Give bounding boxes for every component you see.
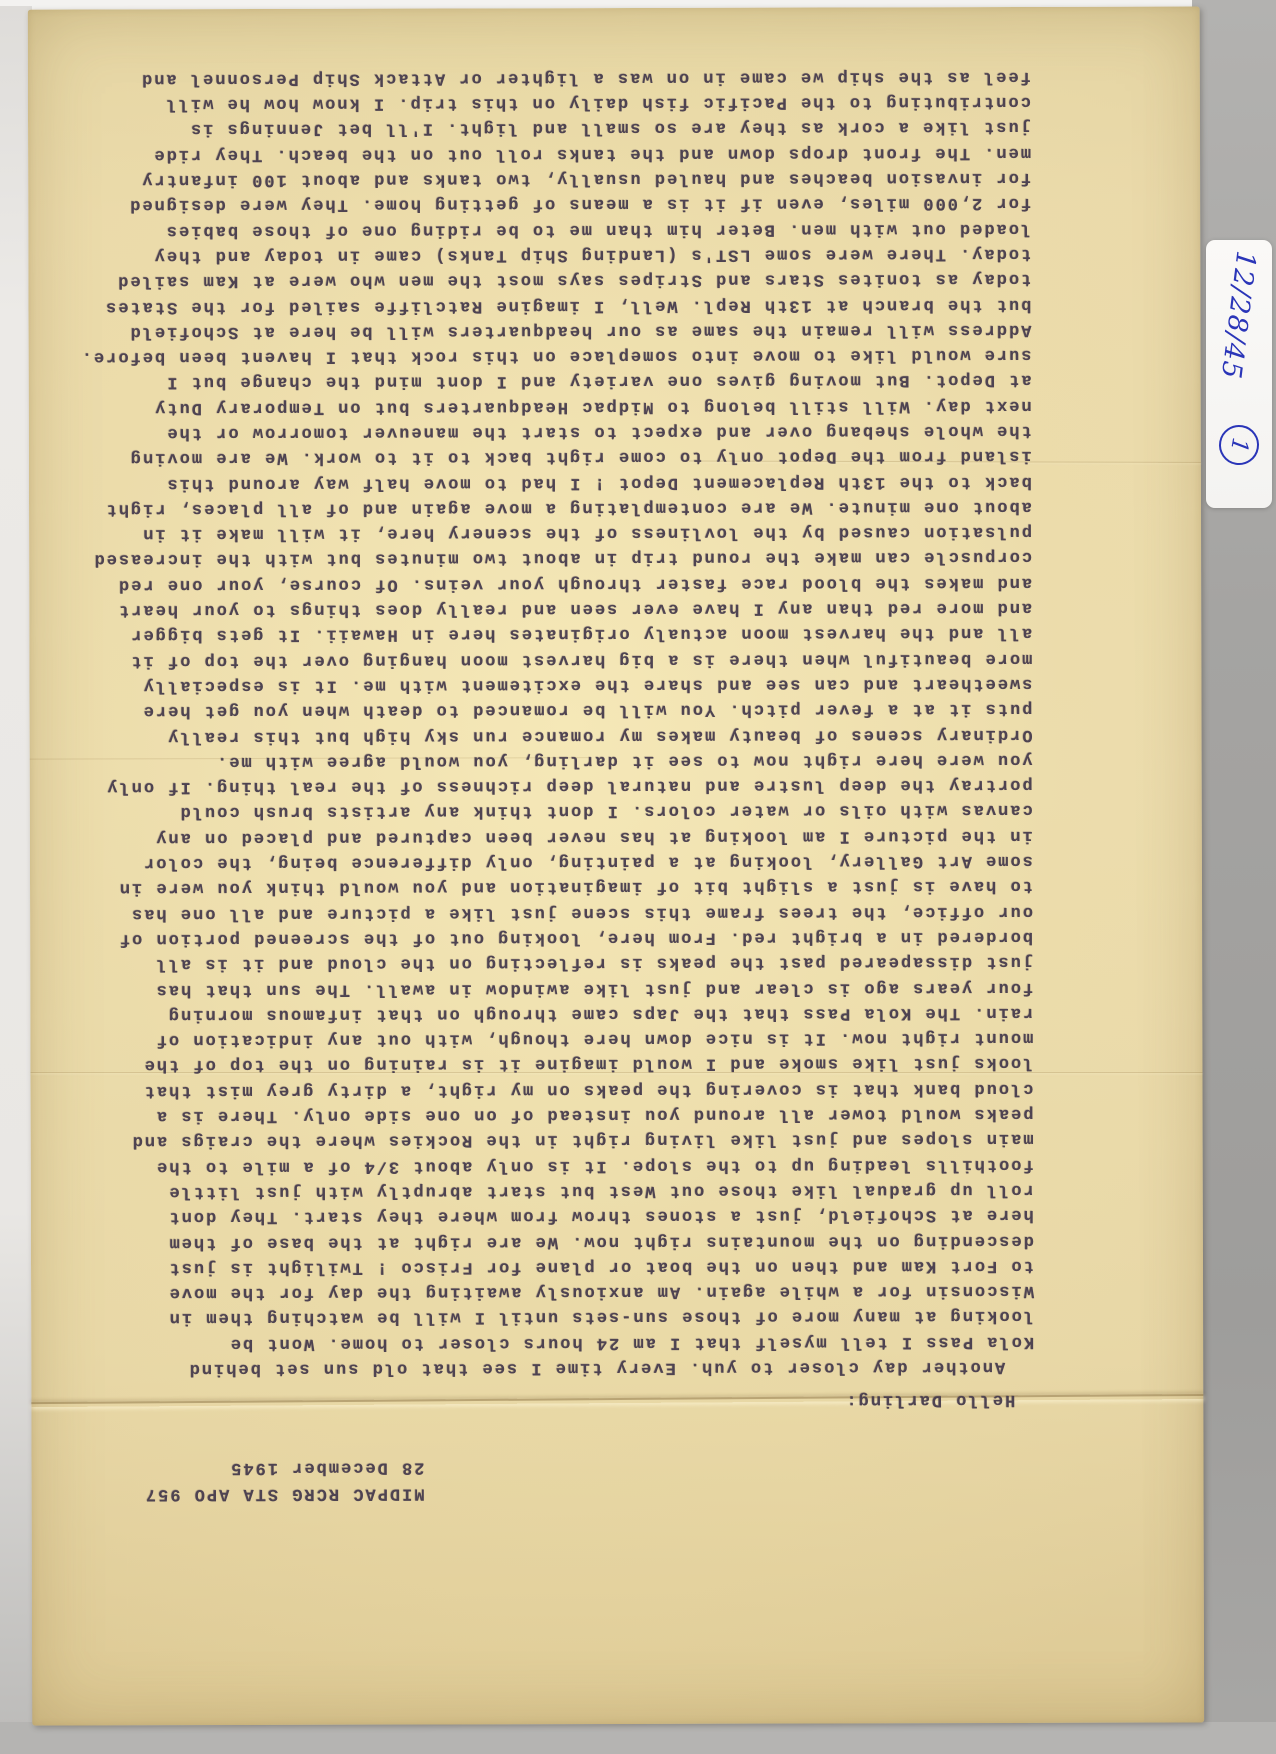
letter-line: to Fort Kam and then on the boat or plan… <box>49 1252 1034 1280</box>
letter-line: to have is just a slight bit of imaginat… <box>48 873 1033 901</box>
letter-line: Kola Pass I tell myself that I am 24 hou… <box>49 1328 1034 1356</box>
archival-label: 12/28/45 1 <box>1206 240 1272 508</box>
letter-line: sure would like to move into someplace o… <box>47 342 1032 370</box>
letter-line: some Art Gallery, looking at a painting,… <box>48 848 1033 876</box>
letter-line: rain. The Kola Pass that the Japs came t… <box>48 1000 1033 1028</box>
page-number-circle: 1 <box>1216 422 1262 468</box>
letter-line: Wisconsin for a while again. Am anxiousl… <box>49 1278 1034 1306</box>
letter-line: foothills leading up to the slope. It is… <box>49 1151 1034 1179</box>
letter-line: loaded out with men. Beter him than me t… <box>46 215 1031 243</box>
letter-line: and more red than any I have ever seen a… <box>47 595 1032 623</box>
letter-line: our office, the trees frame this scene j… <box>48 898 1033 926</box>
letter-line: but the branch at 13th Repl. Well, I ima… <box>46 291 1031 319</box>
letter-line: mount right now. It is nice down here th… <box>48 1025 1033 1053</box>
letter-salutation: Hello Darling: <box>845 1387 1016 1412</box>
letter-body: Another day closer to yuh. Every time I … <box>46 64 1034 1382</box>
letter-line: you were here right now to see it darlin… <box>48 747 1033 775</box>
letter-line: corpuscle can make the round trip in abo… <box>47 544 1032 572</box>
letter-line: Ordinary scenes of beauty makes my roman… <box>48 721 1033 749</box>
letter-line: four years ago is clear and just like aw… <box>48 974 1033 1002</box>
letter-line: in the picture I am looking at has never… <box>48 822 1033 850</box>
letter-line: about one minute. We are contemplating a… <box>47 494 1032 522</box>
letter-line: next day. Will still belong to Midpac He… <box>47 392 1032 420</box>
letter-heading-date: 28 December 1945 <box>144 1454 425 1481</box>
letter-line: bordered in a bright red. From here, loo… <box>48 924 1033 952</box>
letter-line: puts it at a fever pitch. You will be ro… <box>48 696 1033 724</box>
letter-line: just dissapeared past the peaks is refle… <box>48 949 1033 977</box>
letter-line: more beautiful when there is a big harve… <box>47 645 1032 673</box>
letter-line: all and the harvest moon actualy origina… <box>47 620 1032 648</box>
letter-line: Address will remain the same as our head… <box>47 316 1032 344</box>
letter-heading-unit: MIDPAC RCRG STA APO 957 <box>144 1480 425 1507</box>
letter-line: today as tonites Stars and Stripes says … <box>46 266 1031 294</box>
letter-line: Another day closer to yuh. Every time I … <box>49 1354 1034 1382</box>
letter-line: descending on the mountains right now. W… <box>49 1227 1034 1255</box>
letter-line: here at Schofield, just a stones throw f… <box>49 1202 1034 1230</box>
letter-line: canvas with oils or water colors. I dont… <box>48 797 1033 825</box>
letter-line: back to the 13th Replacement Depot ! I h… <box>47 468 1032 496</box>
letter-content-upside-down: MIDPAC RCRG STA APO 957 28 December 1945… <box>0 0 1276 1754</box>
letter-line: looking at many more of those sun-sets u… <box>49 1303 1034 1331</box>
letter-line: peaks would tower all around you instead… <box>49 1101 1034 1129</box>
scanned-page: MIDPAC RCRG STA APO 957 28 December 1945… <box>0 0 1276 1754</box>
letter-line: men. The front drops down and the tanks … <box>46 139 1031 167</box>
letter-heading: MIDPAC RCRG STA APO 957 28 December 1945 <box>144 1454 425 1507</box>
letter-line: feel as the ship we came in on was a lig… <box>46 64 1031 92</box>
letter-line: roll up gradual like those out West but … <box>49 1177 1034 1205</box>
letter-line: for invasion beaches and hauled usually,… <box>46 165 1031 193</box>
letter-line: today. There were some LST's (Landing Sh… <box>46 241 1031 269</box>
letter-line: just like a cork as they are so small an… <box>46 114 1031 142</box>
letter-line: sweetheart and can see and share the exc… <box>47 671 1032 699</box>
letter-line: the whole shebang over and expect to sta… <box>47 418 1032 446</box>
letter-line: at Depot. But moving gives one variety a… <box>47 367 1032 395</box>
letter-line: pulsation caused by the lovliness of the… <box>47 519 1032 547</box>
letter-line: for 2,000 miles, even if it is a means o… <box>46 190 1031 218</box>
letter-line: looks just like smoke and I would imagin… <box>48 1050 1033 1078</box>
letter-line: main slopes and just like living right i… <box>49 1126 1034 1154</box>
letter-line: portray the deep lustre and natural deep… <box>48 772 1033 800</box>
letter-line: cloud bank that is covering the peaks on… <box>49 1075 1034 1103</box>
letter-line: island from the Depot only to come right… <box>47 443 1032 471</box>
handwritten-date: 12/28/45 <box>1215 249 1262 381</box>
page-number: 1 <box>1225 436 1253 455</box>
letter-line: contributing to the Pacific fish daily o… <box>46 89 1031 117</box>
letter-line: and makes the blood race faster through … <box>47 569 1032 597</box>
